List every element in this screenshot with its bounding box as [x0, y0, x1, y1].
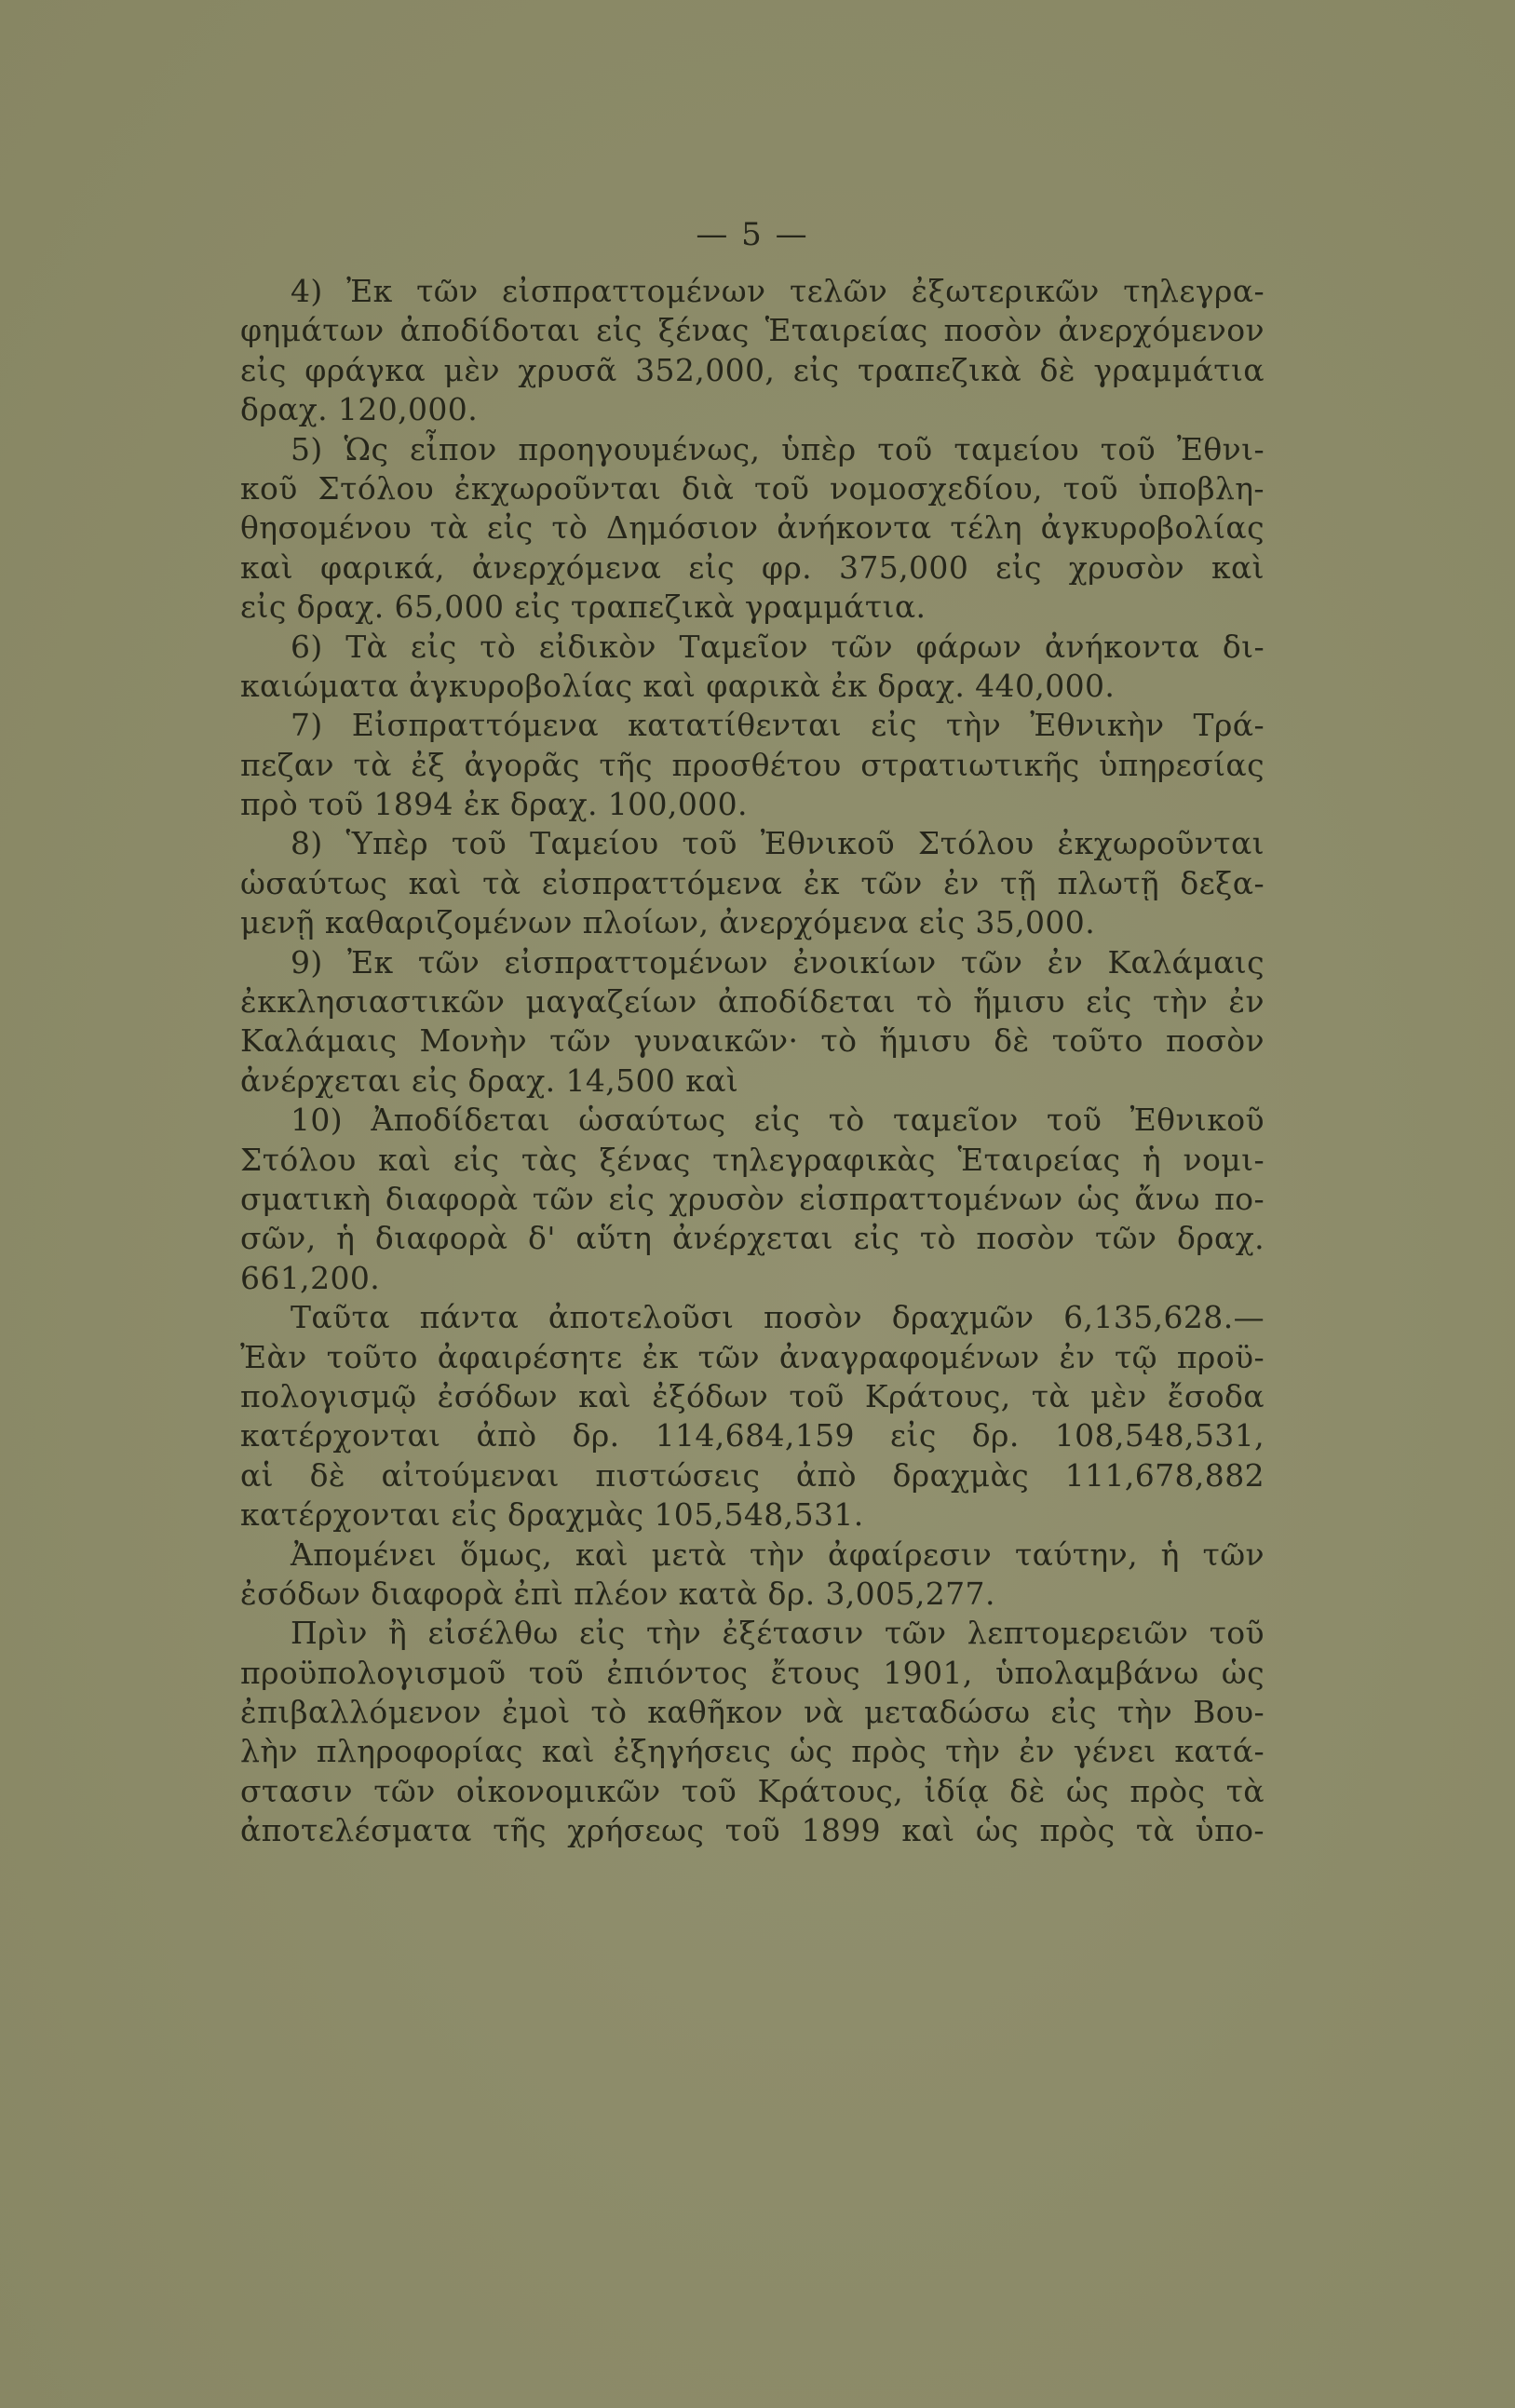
text-line: 10) Ἀποδίδεται ὡσαύτως εἰς τὸ ταμεῖον το…	[240, 1101, 1265, 1140]
text-line: πεζαν τὰ ἐξ ἀγορᾶς τῆς προσθέτου στρατιω…	[240, 746, 1265, 785]
text-line: φημάτων ἀποδίδοται εἰς ξένας Ἑταιρείας π…	[240, 311, 1265, 350]
page-number: — 5 —	[240, 216, 1265, 253]
text-line: Στόλου καὶ εἰς τὰς ξένας τηλεγραφικὰς Ἑτ…	[240, 1141, 1265, 1180]
text-line: κοῦ Στόλου ἐκχωροῦνται διὰ τοῦ νομοσχεδί…	[240, 469, 1265, 508]
paragraph-summary-total: Ταῦτα πάντα ἀποτελοῦσι ποσὸν δραχμῶν 6,1…	[240, 1298, 1265, 1535]
text-line: Ἐὰν τοῦτο ἀφαιρέσητε ἐκ τῶν ἀναγραφομένω…	[240, 1338, 1265, 1377]
text-line: μενῇ καθαριζομένων πλοίων, ἀνερχόμενα εἰ…	[240, 903, 1265, 942]
paragraph-item-7: 7) Εἰσπραττόμενα κατατίθενται εἰς τὴν Ἐθ…	[240, 706, 1265, 824]
text-line: 7) Εἰσπραττόμενα κατατίθενται εἰς τὴν Ἐθ…	[240, 706, 1265, 745]
text-line: σῶν, ἡ διαφορὰ δ' αὕτη ἀνέρχεται εἰς τὸ …	[240, 1219, 1265, 1258]
text-line: κατέρχονται ἀπὸ δρ. 114,684,159 εἰς δρ. …	[240, 1416, 1265, 1455]
paragraph-summary-surplus: Ἀπομένει ὅμως, καὶ μετὰ τὴν ἀφαίρεσιν τα…	[240, 1535, 1265, 1615]
text-line: στασιν τῶν οἰκονομικῶν τοῦ Κράτους, ἰδίᾳ…	[240, 1772, 1265, 1811]
text-line: 8) Ὑπὲρ τοῦ Ταμείου τοῦ Ἐθνικοῦ Στόλου ἐ…	[240, 824, 1265, 863]
text-line: ἀποτελέσματα τῆς χρήσεως τοῦ 1899 καὶ ὡς…	[240, 1811, 1265, 1850]
paragraph-item-5: 5) Ὡς εἶπον προηγουμένως, ὑπὲρ τοῦ ταμεί…	[240, 430, 1265, 628]
text-line: Πρὶν ἢ εἰσέλθω εἰς τὴν ἐξέτασιν τῶν λεπτ…	[240, 1614, 1265, 1653]
paragraph-item-6: 6) Τὰ εἰς τὸ εἰδικὸν Ταμεῖον τῶν φάρων ἀ…	[240, 628, 1265, 707]
paragraph-item-4: 4) Ἐκ τῶν εἰσπραττομένων τελῶν ἐξωτερικῶ…	[240, 272, 1265, 430]
text-line: εἰς δραχ. 65,000 εἰς τραπεζικὰ γραμμάτια…	[240, 588, 1265, 627]
text-line: 6) Τὰ εἰς τὸ εἰδικὸν Ταμεῖον τῶν φάρων ἀ…	[240, 628, 1265, 667]
text-line: Ταῦτα πάντα ἀποτελοῦσι ποσὸν δραχμῶν 6,1…	[240, 1298, 1265, 1337]
text-line: 9) Ἐκ τῶν εἰσπραττομένων ἐνοικίων τῶν ἐν…	[240, 943, 1265, 982]
text-line: προϋπολογισμοῦ τοῦ ἐπιόντος ἔτους 1901, …	[240, 1654, 1265, 1693]
text-line: 5) Ὡς εἶπον προηγουμένως, ὑπὲρ τοῦ ταμεί…	[240, 430, 1265, 469]
text-line: καιώματα ἀγκυροβολίας καὶ φαρικὰ ἐκ δραχ…	[240, 667, 1265, 706]
text-line: ἀνέρχεται εἰς δραχ. 14,500 καὶ	[240, 1062, 1265, 1101]
text-line: πρὸ τοῦ 1894 ἐκ δραχ. 100,000.	[240, 785, 1265, 824]
text-line: καὶ φαρικά, ἀνερχόμενα εἰς φρ. 375,000 ε…	[240, 548, 1265, 588]
text-line: σματικὴ διαφορὰ τῶν εἰς χρυσὸν εἰσπραττο…	[240, 1180, 1265, 1219]
text-line: Καλάμαις Μονὴν τῶν γυναικῶν· τὸ ἥμισυ δὲ…	[240, 1021, 1265, 1061]
paragraph-item-10: 10) Ἀποδίδεται ὡσαύτως εἰς τὸ ταμεῖον το…	[240, 1101, 1265, 1298]
text-line: κατέρχονται εἰς δραχμὰς 105,548,531.	[240, 1495, 1265, 1535]
text-line: 661,200.	[240, 1259, 1265, 1298]
paragraph-item-8: 8) Ὑπὲρ τοῦ Ταμείου τοῦ Ἐθνικοῦ Στόλου ἐ…	[240, 824, 1265, 942]
paragraph-budget-1901: Πρὶν ἢ εἰσέλθω εἰς τὴν ἐξέτασιν τῶν λεπτ…	[240, 1614, 1265, 1850]
text-line: πολογισμῷ ἐσόδων καὶ ἐξόδων τοῦ Κράτους,…	[240, 1377, 1265, 1416]
text-line: ἐσόδων διαφορὰ ἐπὶ πλέον κατὰ δρ. 3,005,…	[240, 1575, 1265, 1614]
paragraph-item-9: 9) Ἐκ τῶν εἰσπραττομένων ἐνοικίων τῶν ἐν…	[240, 943, 1265, 1102]
text-line: θησομένου τὰ εἰς τὸ Δημόσιον ἀνήκοντα τέ…	[240, 508, 1265, 548]
text-line: ὡσαύτως καὶ τὰ εἰσπραττόμενα ἐκ τῶν ἐν τ…	[240, 864, 1265, 903]
text-line: λὴν πληροφορίας καὶ ἐξηγήσεις ὡς πρὸς τὴ…	[240, 1732, 1265, 1771]
text-line: 4) Ἐκ τῶν εἰσπραττομένων τελῶν ἐξωτερικῶ…	[240, 272, 1265, 311]
text-line: εἰς φράγκα μὲν χρυσᾶ 352,000, εἰς τραπεζ…	[240, 351, 1265, 390]
body-text: 4) Ἐκ τῶν εἰσπραττομένων τελῶν ἐξωτερικῶ…	[240, 272, 1265, 1851]
text-line: αἱ δὲ αἰτούμεναι πιστώσεις ἀπὸ δραχμὰς 1…	[240, 1456, 1265, 1495]
text-line: ἐπιβαλλόμενον ἐμοὶ τὸ καθῆκον νὰ μεταδώσ…	[240, 1693, 1265, 1732]
text-line: Ἀπομένει ὅμως, καὶ μετὰ τὴν ἀφαίρεσιν τα…	[240, 1535, 1265, 1575]
text-line: ἐκκλησιαστικῶν μαγαζείων ἀποδίδεται τὸ ἥ…	[240, 982, 1265, 1021]
text-line: δραχ. 120,000.	[240, 390, 1265, 429]
